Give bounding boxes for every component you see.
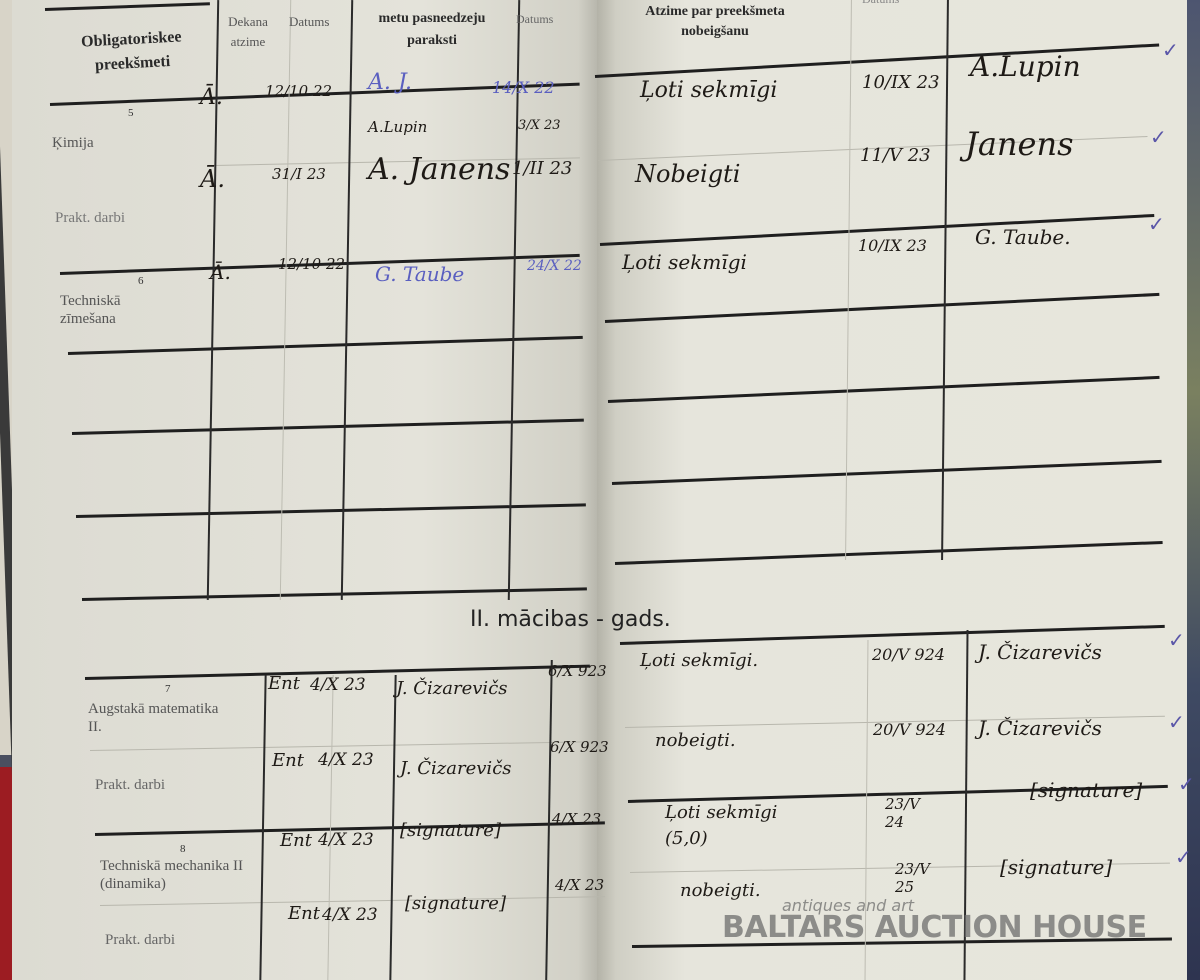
check-mark-icon: ✓	[1168, 710, 1185, 734]
subject-name: Prakt. darbi	[95, 777, 165, 794]
header-subjects: Obligatoriskee preekšmeti	[61, 24, 203, 79]
completion-date: 10/IX 23	[858, 236, 927, 255]
check-mark-icon: ✓	[1162, 38, 1179, 62]
instructor-signature: J. Čizarevičs	[978, 640, 1102, 664]
signature-date: 4/X 23	[552, 810, 601, 828]
instructor-signature: J. Čizarevičs	[978, 716, 1102, 740]
section-title: II. mācibas - gads.	[470, 607, 671, 632]
subject-name: Techniskā mechanika II (dinamika)	[100, 857, 270, 893]
completion-mark: nobeigti.	[655, 730, 736, 751]
completion-mark: Ļoti sekmīgi.	[640, 650, 758, 671]
row-number: 6	[138, 275, 144, 287]
signature-date: 4/X 23	[555, 876, 604, 894]
watermark-logo-text: BALTARS AUCTION HOUSE	[722, 910, 1147, 945]
check-mark-icon: ✓	[1175, 845, 1192, 869]
check-mark-icon: ✓	[1150, 125, 1167, 149]
check-mark-icon: ✓	[1148, 212, 1165, 236]
instructor-signature: [signature]	[400, 820, 501, 841]
dean-mark: Ent	[280, 830, 312, 851]
signature-date: 3/X 23	[518, 118, 561, 133]
header-date: Datums	[289, 14, 329, 30]
completion-date: 10/IX 23	[862, 72, 940, 93]
subject-name: Prakt. darbi	[55, 210, 125, 227]
instructor-signature: J. Čizarevičs	[400, 758, 512, 779]
dean-mark: Ent	[272, 750, 304, 771]
row-number: 5	[128, 107, 134, 119]
completion-date: 23/V 25	[895, 860, 945, 896]
completion-mark: nobeigti.	[680, 880, 761, 901]
header-completion-mark: Atzime par preekšmeta nobeigšanu	[615, 2, 815, 42]
subject-name: Ķimija	[52, 135, 94, 152]
signature-date: 14/X 22	[492, 78, 555, 97]
completion-date: 20/V 924	[872, 645, 945, 664]
check-mark-icon: ✓	[1178, 772, 1195, 796]
dean-date: 4/X 23	[322, 905, 378, 925]
signature-date: 24/X 22	[527, 258, 582, 274]
signature-date: 6/X 923	[550, 738, 609, 756]
completion-mark: Nobeigti	[635, 160, 740, 188]
signature-date: 1/II 23	[512, 158, 572, 179]
dean-date: 4/X 23	[318, 830, 374, 850]
row-number: 7	[165, 683, 171, 695]
instructor-signature: [signature]	[405, 893, 506, 914]
dean-mark: Ā.	[200, 165, 225, 193]
dean-date: 31/I 23	[272, 165, 326, 183]
signature-date: 6/X 923	[548, 662, 607, 680]
completion-mark: Ļoti sekmīgi	[640, 78, 777, 103]
subject-name: Prakt. darbi	[105, 932, 175, 949]
subject-name: Techniskā zīmešana	[60, 292, 170, 328]
dean-date: 12/10 22	[278, 255, 345, 273]
completion-mark: Ļoti sekmīgi (5,0)	[665, 800, 825, 852]
instructor-signature: G. Taube.	[975, 225, 1071, 249]
header-date: Datums	[862, 0, 899, 7]
subject-name: Augstakā matematika II.	[88, 700, 228, 736]
completion-date: 11/V 23	[860, 145, 931, 166]
instructor-signature: [signature]	[1030, 778, 1142, 802]
check-mark-icon: ✓	[1168, 628, 1185, 652]
dean-mark: Ent	[268, 673, 300, 694]
instructor-signature: A.Lupin	[368, 118, 427, 136]
row-number: 8	[180, 843, 186, 855]
instructor-signature: [signature]	[1000, 855, 1112, 879]
header-dean-mark: Dekana atzime	[218, 12, 278, 52]
completion-date: 20/V 924	[873, 720, 946, 739]
book-gutter	[578, 0, 616, 980]
dean-mark: Ā.	[200, 85, 223, 110]
completion-mark: Ļoti sekmīgi	[622, 250, 747, 274]
instructor-signature: J. Čizarevičs	[396, 678, 508, 699]
dean-mark: Ā.	[210, 260, 231, 284]
instructor-signature: A. Janens	[368, 152, 510, 187]
dean-date: 4/X 23	[318, 750, 374, 770]
dean-date: 12/10 22	[265, 82, 332, 100]
header-signatures: metu pasneedzeju paraksti	[352, 8, 512, 52]
instructor-signature: A.Lupin	[970, 50, 1081, 83]
dean-mark: Ent	[288, 903, 320, 924]
dean-date: 4/X 23	[310, 675, 366, 695]
instructor-signature: Janens	[965, 125, 1073, 163]
instructor-signature: G. Taube	[375, 262, 464, 286]
instructor-signature: A. J.	[368, 70, 412, 95]
header-date: Datums	[516, 12, 553, 27]
completion-date: 23/V 24	[885, 795, 935, 831]
